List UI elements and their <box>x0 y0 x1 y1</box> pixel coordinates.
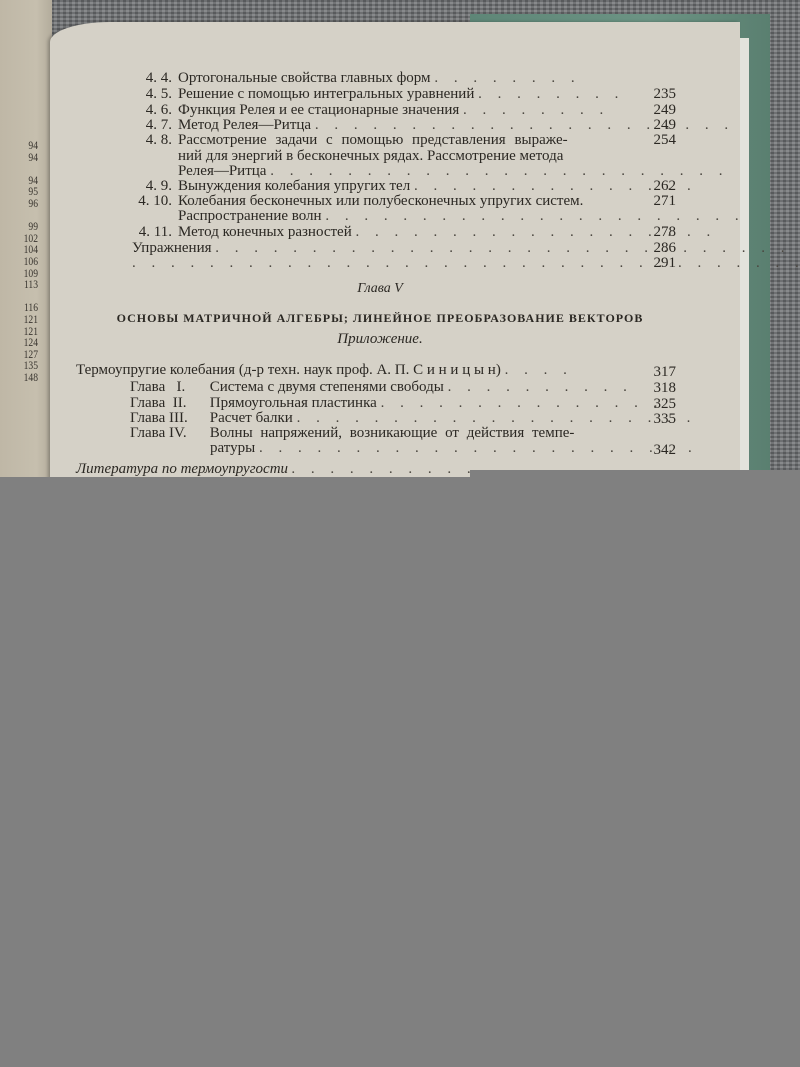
toc-entry-continuation: Релея—Ритца . . . . . . . . . . . . . . … <box>178 163 728 179</box>
entry-title: Метод конечных разностей <box>178 224 352 240</box>
leader-dots: . . . . . . . . . . . . . . . . . . . . … <box>132 255 800 271</box>
page-number: 113 <box>12 279 38 291</box>
entry-title: Колебания бесконечных или полубесконечны… <box>178 193 583 209</box>
toc-entry: 4. 4. Ортогональные свойства главных фор… <box>132 70 581 86</box>
entry-title: Расчет балки <box>210 410 293 426</box>
chapter-label: Глава II. <box>130 395 206 411</box>
leader-dots: . . . . . . . . . . <box>292 461 477 477</box>
page-number: 254 <box>620 132 676 149</box>
entry-title: Система с двумя степенями свободы <box>210 379 444 395</box>
entry-title: ний для энергий в бесконечных рядах. Рас… <box>178 148 563 164</box>
toc-entry: 4. 8. Рассмотрение задачи с помощью пред… <box>132 132 568 148</box>
entry-number: 4. 4. <box>132 70 172 86</box>
page-number: 94 <box>12 152 38 164</box>
page-number: 291 <box>620 255 676 272</box>
entry-title: Решение с помощью интегральных уравнений <box>178 86 474 102</box>
entry-number: 4. 5. <box>132 86 172 102</box>
entry-number: 4. 9. <box>132 178 172 194</box>
page-number: 148 <box>12 372 38 384</box>
page-number: 96 <box>12 198 38 210</box>
entry-number: 4. 7. <box>132 117 172 133</box>
toc-entry: 4. 5. Решение с помощью интегральных ура… <box>132 86 624 102</box>
leader-dots: . . . . . . . . <box>434 70 580 86</box>
appendix-entry: Глава III. Расчет балки . . . . . . . . … <box>130 410 696 426</box>
entry-title: Метод Релея—Ритца <box>178 117 311 133</box>
toc-entry: 4. 10. Колебания бесконечных или полубес… <box>132 193 583 209</box>
redaction-overlay <box>0 477 470 1067</box>
appendix-heading: Приложение. <box>80 331 680 348</box>
appendix-entry: Термоупругие колебания (д-р техн. наук п… <box>76 362 573 378</box>
entry-title: Волны напряжений, возникающие от действи… <box>210 425 575 441</box>
literature-entry: Литература по термоупругости . . . . . .… <box>76 461 477 477</box>
page-number: 271 <box>620 193 676 210</box>
chapter-label: Глава I. <box>130 379 206 395</box>
entry-title: Прямоугольная пластинка <box>210 395 377 411</box>
entry-title: Литература по термоупругости <box>76 461 288 477</box>
chapter-title: ОСНОВЫ МАТРИЧНОЙ АЛГЕБРЫ; ЛИНЕЙНОЕ ПРЕОБ… <box>80 311 680 326</box>
leader-dots: . . . . . . . . . . . . . . . . . . . . … <box>215 240 790 256</box>
toc-entry: Упражнения . . . . . . . . . . . . . . .… <box>132 240 791 256</box>
entry-number: 4. 11. <box>132 224 172 240</box>
redaction-overlay <box>470 470 800 1067</box>
leader-dots: . . . . . . . . <box>463 102 609 118</box>
toc-entry: 4. 6. Функция Релея и ее стационарные зн… <box>132 102 609 118</box>
page-number: 335 <box>620 411 676 428</box>
entry-number: 4. 6. <box>132 102 172 118</box>
appendix-entry: Глава I. Система с двумя степенями свобо… <box>130 379 633 395</box>
leader-dots: . . . . . . . . . . . . . . . . . . . . … <box>325 208 744 224</box>
entry-title: Вынуждения колебания упругих тел <box>178 178 410 194</box>
toc-entry: . . . . . . . . . . . . . . . . . . . . … <box>132 255 800 271</box>
chapter-label: Глава V <box>80 281 680 297</box>
entry-number: 4. 8. <box>132 132 172 148</box>
entry-title: Термоупругие колебания (д-р техн. наук п… <box>76 362 501 378</box>
leader-dots: . . . . . . . . . . <box>448 379 633 395</box>
entry-title: Релея—Ритца <box>178 163 266 179</box>
entry-title: Ортогональные свойства главных форм <box>178 70 431 86</box>
entry-number: 4. 10. <box>132 193 172 209</box>
entry-title: Функция Релея и ее стационарные значения <box>178 102 459 118</box>
toc-entry-continuation: ний для энергий в бесконечных рядах. Рас… <box>178 148 563 164</box>
entry-title: ратуры <box>210 440 255 456</box>
leader-dots: . . . . <box>505 362 573 378</box>
appendix-entry: Глава IV. Волны напряжений, возникающие … <box>130 425 574 441</box>
chapter-label: Глава III. <box>130 410 206 426</box>
entry-title: Рассмотрение задачи с помощью представле… <box>178 132 568 148</box>
page-number: 235 <box>620 86 676 103</box>
toc-entry: 4. 9. Вынуждения колебания упругих тел .… <box>132 178 697 194</box>
leader-dots: . . . . . . . . . . . . . . . . . . . . … <box>270 163 728 179</box>
page-number: 278 <box>620 224 676 241</box>
toc-entry-continuation: Распространение волн . . . . . . . . . .… <box>178 208 745 224</box>
page-number: 342 <box>620 442 676 459</box>
chapter-label: Глава IV. <box>130 425 206 441</box>
entry-title: Распространение волн <box>178 208 322 224</box>
entry-title: Упражнения <box>132 240 212 256</box>
left-page-numbers: 94 94 94 95 96 99 102 104 106 109 113 11… <box>12 140 38 383</box>
leader-dots: . . . . . . . . <box>478 86 624 102</box>
appendix-entry: Глава II. Прямоугольная пластинка . . . … <box>130 395 663 411</box>
